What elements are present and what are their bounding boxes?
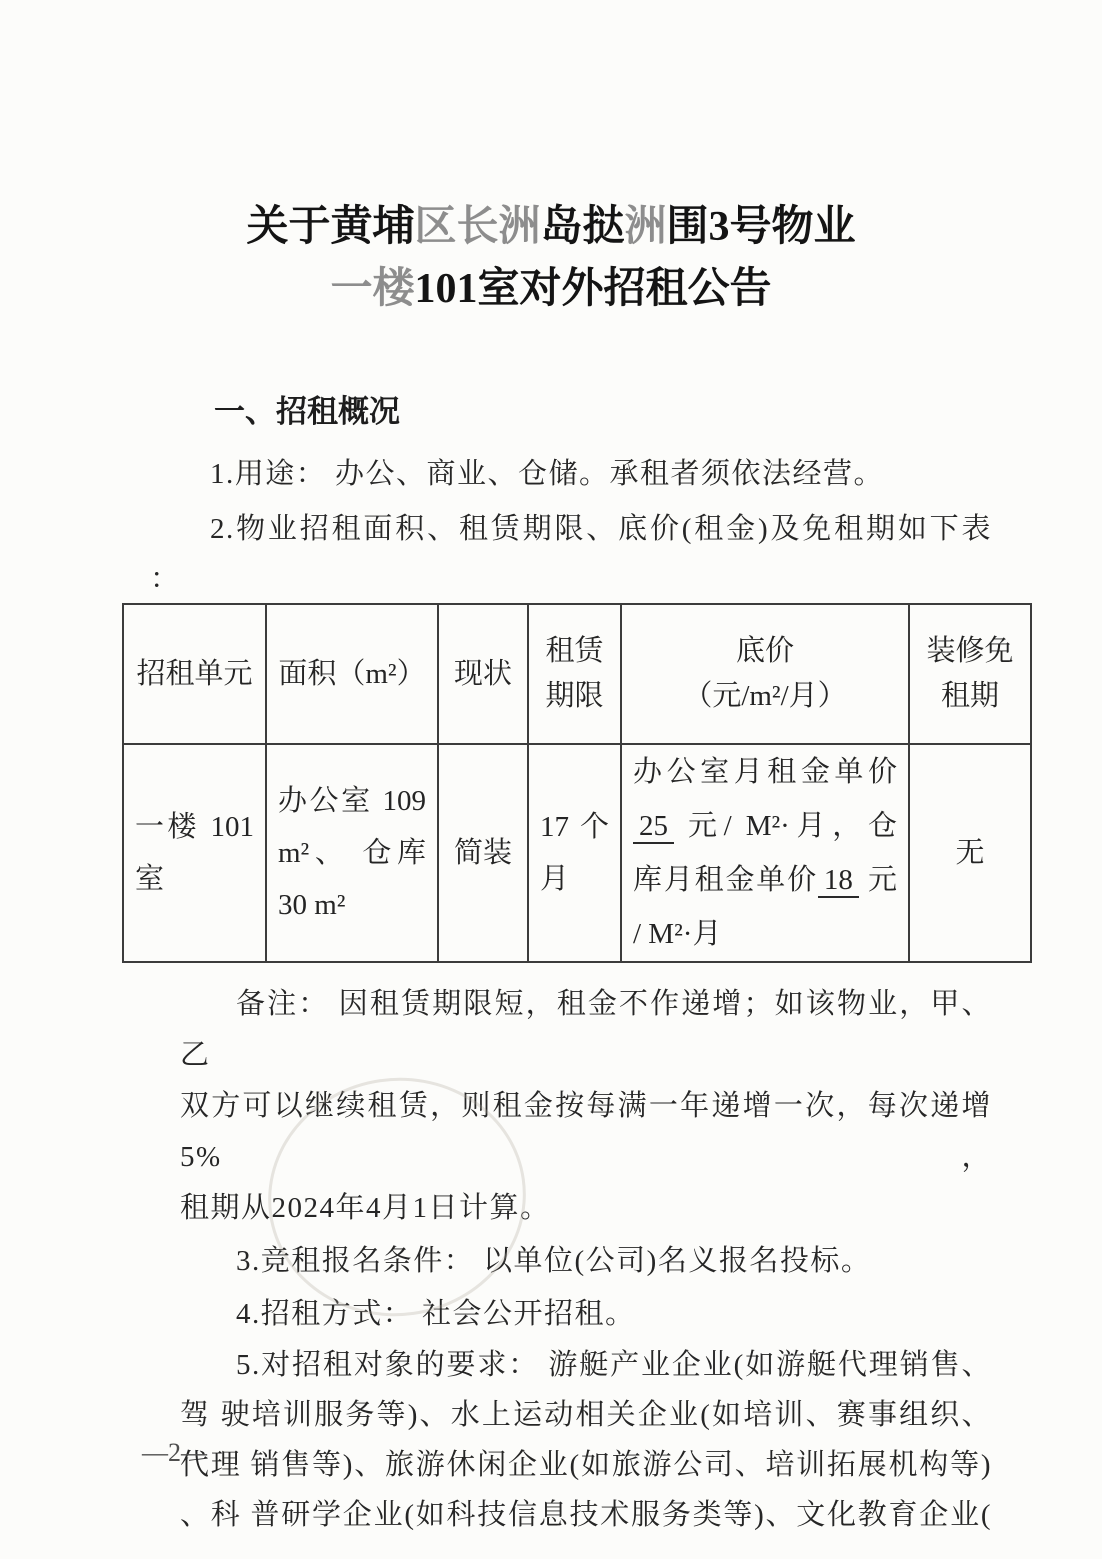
cell-price-line3-pre: 库月租金单价 (633, 864, 818, 896)
col-header-status-label: 现状 (450, 652, 516, 697)
col-header-unit-label: 招租单元 (135, 652, 254, 697)
col-header-status: 现状 (438, 604, 528, 744)
title-seg: 围3号物业 (667, 204, 856, 250)
cell-unit-line1: 一楼 101 (135, 801, 254, 853)
note-line-3: 租期从2024年4月1日计算。 (180, 1183, 992, 1234)
cell-status-label: 简装 (450, 827, 516, 879)
cell-term-line1: 17 个 (540, 801, 609, 853)
cell-status: 简装 (438, 744, 528, 962)
cell-price: 办公室月租金单价 25 元/ M²·月，仓 库月租金单价18 元 / M²·月 (621, 744, 909, 962)
document-page: 关于黄埔区长洲岛挞洲围3号物业 一楼101室对外招租公告 一、招租概况 1.用途… (0, 0, 1102, 1559)
cell-fitout-label: 无 (921, 827, 1019, 879)
col-header-term-line2: 期限 (540, 674, 609, 719)
document-title: 关于黄埔区长洲岛挞洲围3号物业 一楼101室对外招租公告 (0, 0, 1102, 320)
col-header-unit: 招租单元 (123, 604, 266, 744)
rental-table: 招租单元 面积（m²） 现状 租赁 期限 底价 （元/m²/月） 装修免 租期 … (122, 603, 1032, 963)
title-line-2: 一楼101室对外招租公告 (0, 258, 1102, 320)
cell-fitout-rentfree: 无 (909, 744, 1031, 962)
note-line-2: 双方可以继续租赁，则租金按每满一年递增一次，每次递增5%， (180, 1081, 992, 1183)
note-line-1: 备注： 因租赁期限短，租金不作递增；如该物业，甲、乙 (180, 979, 992, 1081)
table-header-row: 招租单元 面积（m²） 现状 租赁 期限 底价 （元/m²/月） 装修免 租期 (123, 604, 1031, 744)
cell-unit-line2: 室 (135, 853, 254, 905)
cell-price-line3-post: 元 (859, 864, 897, 896)
cell-price-line4: / M²·月 (633, 907, 897, 961)
col-header-area-label: 面积（m²） (278, 652, 426, 697)
col-header-fitout-rentfree: 装修免 租期 (909, 604, 1031, 744)
col-header-fitout-line1: 装修免 (921, 629, 1019, 674)
title-seg-faded: 区长洲 (414, 204, 540, 250)
underlined-price-warehouse: 18 (818, 864, 859, 898)
cell-area: 办公室 109 m²、 仓库 30 m² (266, 744, 438, 962)
cell-price-line2: 25 元/ M²·月，仓 (633, 799, 897, 853)
cell-area-line3: 30 m² (278, 879, 426, 931)
para-item-2-line-1: 2.物业招租面积、租赁期限、底价(租金)及免租期如下表 (180, 503, 992, 555)
title-seg: 关于黄埔 (246, 204, 414, 250)
cell-area-line2: m²、 仓库 (278, 827, 426, 879)
title-seg-faded: 洲 (625, 204, 667, 250)
col-header-term-line1: 租赁 (540, 629, 609, 674)
col-header-area: 面积（m²） (266, 604, 438, 744)
page-number: —2— (142, 1438, 207, 1468)
title-seg: 101室对外招租公告 (415, 266, 772, 312)
cell-term-line2: 月 (540, 853, 609, 905)
col-header-price: 底价 （元/m²/月） (621, 604, 909, 744)
section-heading-overview: 一、招租概况 (214, 392, 1102, 432)
col-header-fitout-line2: 租期 (921, 674, 1019, 719)
para-item-5-line-3: 代理 销售等)、旅游休闲企业(如旅游公司、培训拓展机构等) (180, 1440, 992, 1490)
col-header-price-line2: （元/m²/月） (633, 674, 897, 719)
title-line-1: 关于黄埔区长洲岛挞洲围3号物业 (0, 196, 1102, 258)
underlined-price-office: 25 (633, 810, 674, 844)
title-seg: 岛挞 (540, 204, 624, 250)
col-header-price-line1: 底价 (633, 629, 897, 674)
cell-area-line1: 办公室 109 (278, 775, 426, 827)
para-item-5-line-1: 5.对招租对象的要求： 游艇产业企业(如游艇代理销售、 (180, 1340, 992, 1390)
cell-term: 17 个 月 (528, 744, 621, 962)
para-item-5-line-2: 驾 驶培训服务等)、水上运动相关企业(如培训、赛事组织、 (180, 1390, 992, 1440)
para-item-2-line-2: ： (150, 555, 992, 603)
col-header-term: 租赁 期限 (528, 604, 621, 744)
table-data-row: 一楼 101 室 办公室 109 m²、 仓库 30 m² 简装 17 个 月 … (123, 744, 1031, 962)
para-item-3: 3.竞租报名条件： 以单位(公司)名义报名投标。 (180, 1234, 992, 1288)
cell-price-line2-rest: 元/ M²·月，仓 (674, 810, 897, 842)
para-item-4: 4.招租方式： 社会公开招租。 (180, 1288, 992, 1340)
cell-price-line1: 办公室月租金单价 (633, 745, 897, 799)
para-item-5-line-4: 、科 普研学企业(如科技信息技术服务类等)、文化教育企业( (180, 1490, 992, 1540)
cell-unit: 一楼 101 室 (123, 744, 266, 962)
title-seg-faded: 一楼 (330, 266, 414, 312)
cell-price-line3: 库月租金单价18 元 (633, 853, 897, 907)
para-item-1: 1.用途： 办公、商业、仓储。承租者须依法经营。 (180, 447, 992, 501)
